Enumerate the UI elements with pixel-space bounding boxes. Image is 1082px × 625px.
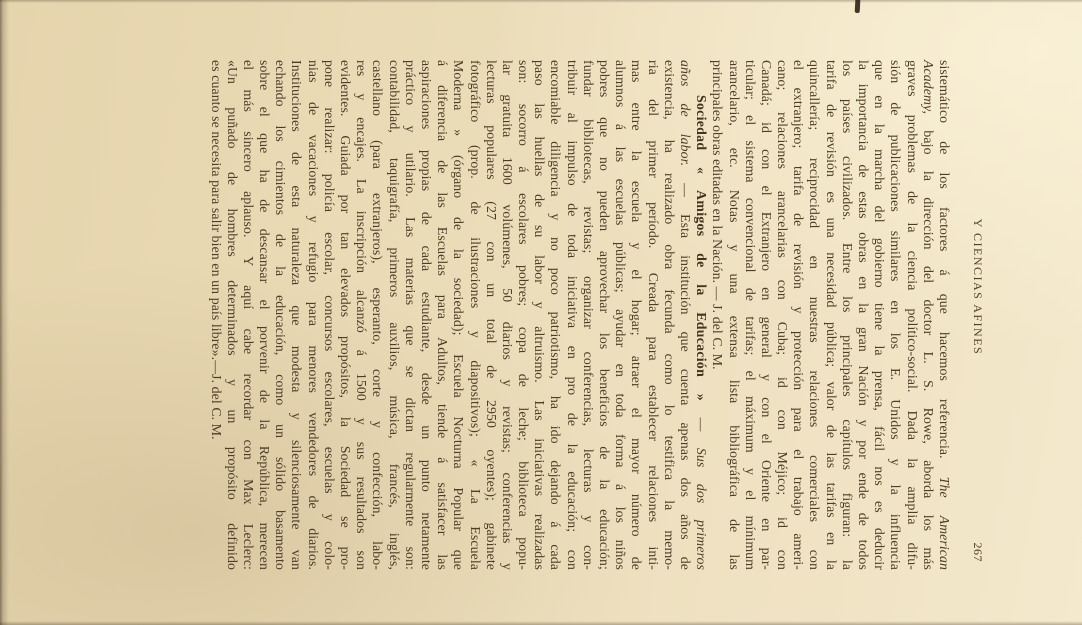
header-title: Y CIENCIAS AFINES	[970, 32, 985, 542]
italic-segment: Sus dos primeros	[694, 448, 709, 570]
text-line: Moderna » (órgano de la sociedad); Escue…	[450, 60, 466, 570]
text-line: nias de vacaciones y refugio para menore…	[305, 60, 321, 570]
text-segment: existencia, ha realizado obra fecunda co…	[662, 60, 677, 570]
text-line: tribuir al impulso de toda iniciativa en…	[564, 60, 580, 570]
text-line: fundar bibliotecas, revistas; organizar …	[580, 60, 596, 570]
text-line: graves problemas de la ciencia político-…	[903, 60, 919, 570]
text-line: la importancia de estas obras en la gran…	[855, 60, 871, 570]
text-segment: castellano (para extranjeros), esperanto…	[370, 60, 385, 570]
italic-segment: Academy,	[921, 60, 936, 114]
text-segment: fundar bibliotecas, revistas; organizar …	[581, 60, 596, 570]
text-segment: contabilidad, taquigrafía, primeros auxi…	[387, 60, 402, 570]
text-line: principales obras editadas en la Nación.…	[709, 60, 725, 570]
text-segment: arancelario, etc. Notas y una extensa li…	[727, 60, 742, 570]
text-line: sión de publicaciones similares en los E…	[887, 60, 903, 570]
text-line: tarifa de revisión es una necesidad públ…	[823, 60, 839, 570]
text-line: pone realizar: policía escolar, concurso…	[321, 60, 337, 570]
text-line: quincallería; reciprocidad en nuestras r…	[806, 60, 822, 570]
text-segment: paso las huellas de su labor y altruismo…	[532, 60, 547, 570]
text-line: es cuanto se necesita para salir bien en…	[207, 60, 223, 570]
text-segment: Moderna » (órgano de la sociedad); Escue…	[451, 60, 466, 570]
text-segment: lar gratuita 1600 volúmenes, 50 diarios …	[500, 60, 515, 570]
text-segment: echando los cimientos de la educación, c…	[273, 60, 288, 570]
text-segment: sobre el que ha de descansar el porvenir…	[257, 60, 272, 570]
running-header: Y CIENCIAS AFINES 267	[970, 60, 985, 570]
text-line: arancelario, etc. Notas y una extensa li…	[725, 60, 741, 570]
text-segment: el extranjero; tarifa de revisión y prot…	[791, 60, 806, 570]
text-segment: quincallería; reciprocidad en nuestras r…	[808, 60, 823, 570]
text-line: son: socorro á escolares pobres; copa de…	[515, 60, 531, 570]
text-line: fotográfico (prop. de ilustraciones y di…	[466, 60, 482, 570]
text-segment: práctico y utilario. Las materias que se…	[403, 60, 418, 570]
text-line: alumnos á las escuelas públicas; ayudar …	[612, 60, 628, 570]
page-bottom-edge-shadow	[0, 621, 1082, 625]
text-line: Canadá; id con el Extranjero en general …	[758, 60, 774, 570]
text-segment: pone realizar: policía escolar, concurso…	[322, 60, 337, 570]
text-line: existencia, ha realizado obra fecunda co…	[661, 60, 677, 570]
text-segment: el más sincero aplauso. Y aquí cabe reco…	[241, 60, 256, 570]
text-line: paso las huellas de su labor y altruismo…	[531, 60, 547, 570]
text-line: lar gratuita 1600 volúmenes, 50 diarios …	[499, 60, 515, 570]
text-segment: la importancia de estas obras en la gran…	[856, 60, 871, 570]
text-segment: es cuanto se necesita para salir bien en…	[209, 60, 224, 440]
text-line: el más sincero aplauso. Y aquí cabe reco…	[240, 60, 256, 570]
text-line: años de labor. — Esta institución que cu…	[677, 60, 693, 570]
text-line: Academy, bajo la dirección del doctor L.…	[920, 60, 936, 570]
text-segment: evidentes. Guiada por tan elevados propó…	[338, 60, 353, 570]
rotated-page-sheet: Y CIENCIAS AFINES 267 sistemático de los…	[0, 0, 1082, 625]
text-segment: sistemático de los factores á que hacemo…	[937, 60, 952, 477]
text-segment: principales obras editadas en la Nación.…	[710, 60, 725, 370]
text-segment: aspiraciones propias de cada estudiante,…	[419, 60, 434, 570]
text-line: res y encajes. La inscripción alcanzó á …	[353, 60, 369, 570]
text-segment: ticular; el sistema convencional de tari…	[743, 60, 758, 570]
text-segment: — Esta institución que cuenta apenas dos…	[678, 166, 693, 570]
text-segment: fotográfico (prop. de ilustraciones y di…	[468, 60, 483, 570]
text-line: ria del primer período. Creada para esta…	[644, 60, 660, 570]
scanned-page: Y CIENCIAS AFINES 267 sistemático de los…	[0, 0, 1082, 625]
text-line: echando los cimientos de la educación, c…	[272, 60, 288, 570]
text-line: contabilidad, taquigrafía, primeros auxi…	[385, 60, 401, 570]
text-line: «Un puñado de hombres determinados y un …	[224, 60, 240, 570]
text-line: á diferencia de las Escuelas para Adulto…	[434, 60, 450, 570]
text-line: evidentes. Guiada por tan elevados propó…	[337, 60, 353, 570]
text-segment: lecturas populares (27 con un total de 2…	[484, 60, 499, 570]
text-segment: encomiable diligencia y no poco patrioti…	[549, 60, 564, 570]
text-line: que en la marcha del gobierno tiene la p…	[871, 60, 887, 570]
page-left-edge-shadow	[0, 0, 9, 625]
text-segment: á diferencia de las Escuelas para Adulto…	[435, 60, 450, 570]
text-segment: tribuir al impulso de toda iniciativa en…	[565, 60, 580, 570]
page-number: 267	[970, 543, 985, 563]
text-line: Sociedad « Amigos de la Educación » — Su…	[693, 60, 709, 570]
text-line: pobres que no pueden aprovechar los bene…	[596, 60, 612, 570]
text-line: el extranjero; tarifa de revisión y prot…	[790, 60, 806, 570]
text-line: ticular; el sistema convencional de tari…	[742, 60, 758, 570]
text-line: mas entre la escuela y el hogar; atraer …	[628, 60, 644, 570]
text-segment: Instituciones de esta naturaleza que mod…	[290, 60, 305, 570]
bold-heading-segment: Sociedad « Amigos de la Educación »	[694, 95, 709, 401]
text-segment: nias de vacaciones y refugio para menore…	[306, 60, 321, 570]
scan-registration-mark	[855, 0, 861, 13]
text-segment: que en la marcha del gobierno tiene la p…	[872, 60, 887, 570]
text-line: práctico y utilario. Las materias que se…	[402, 60, 418, 570]
italic-segment: años de labor.	[678, 60, 693, 166]
body-text-block: sistemático de los factores á que hacemo…	[207, 60, 952, 570]
text-line: cano; relaciones arancelarias con Cuba; …	[774, 60, 790, 570]
text-segment: mas entre la escuela y el hogar; atraer …	[629, 60, 644, 570]
text-line: aspiraciones propias de cada estudiante,…	[418, 60, 434, 570]
text-segment: res y encajes. La inscripción alcanzó á …	[354, 60, 369, 570]
page-top-edge-shadow	[0, 0, 1082, 3]
text-segment: ria del primer período. Creada para esta…	[646, 60, 661, 570]
text-segment: pobres que no pueden aprovechar los bene…	[597, 60, 612, 570]
text-segment: cano; relaciones arancelarias con Cuba; …	[775, 60, 790, 570]
text-segment: los países civilizados. Entre los princi…	[840, 60, 855, 570]
text-segment: son: socorro á escolares pobres; copa de…	[516, 60, 531, 570]
text-segment: —	[694, 401, 709, 448]
text-segment: «Un puñado de hombres determinados y un …	[225, 60, 240, 570]
text-segment: sión de publicaciones similares en los E…	[888, 60, 903, 570]
text-segment: alumnos á las escuelas públicas; ayudar …	[613, 60, 628, 570]
text-line: encomiable diligencia y no poco patrioti…	[547, 60, 563, 570]
text-segment: graves problemas de la ciencia político-…	[905, 60, 920, 570]
text-segment: tarifa de revisión es una necesidad públ…	[824, 60, 839, 570]
text-line: lecturas populares (27 con un total de 2…	[483, 60, 499, 570]
text-line: sobre el que ha de descansar el porvenir…	[256, 60, 272, 570]
italic-segment: The American	[937, 477, 952, 570]
text-segment: Canadá; id con el Extranjero en general …	[759, 60, 774, 570]
text-line: castellano (para extranjeros), esperanto…	[369, 60, 385, 570]
text-line: los países civilizados. Entre los princi…	[839, 60, 855, 570]
text-line: sistemático de los factores á que hacemo…	[936, 60, 952, 570]
text-line: Instituciones de esta naturaleza que mod…	[288, 60, 304, 570]
text-segment: bajo la dirección del doctor L. S. Rowe,…	[921, 114, 936, 570]
